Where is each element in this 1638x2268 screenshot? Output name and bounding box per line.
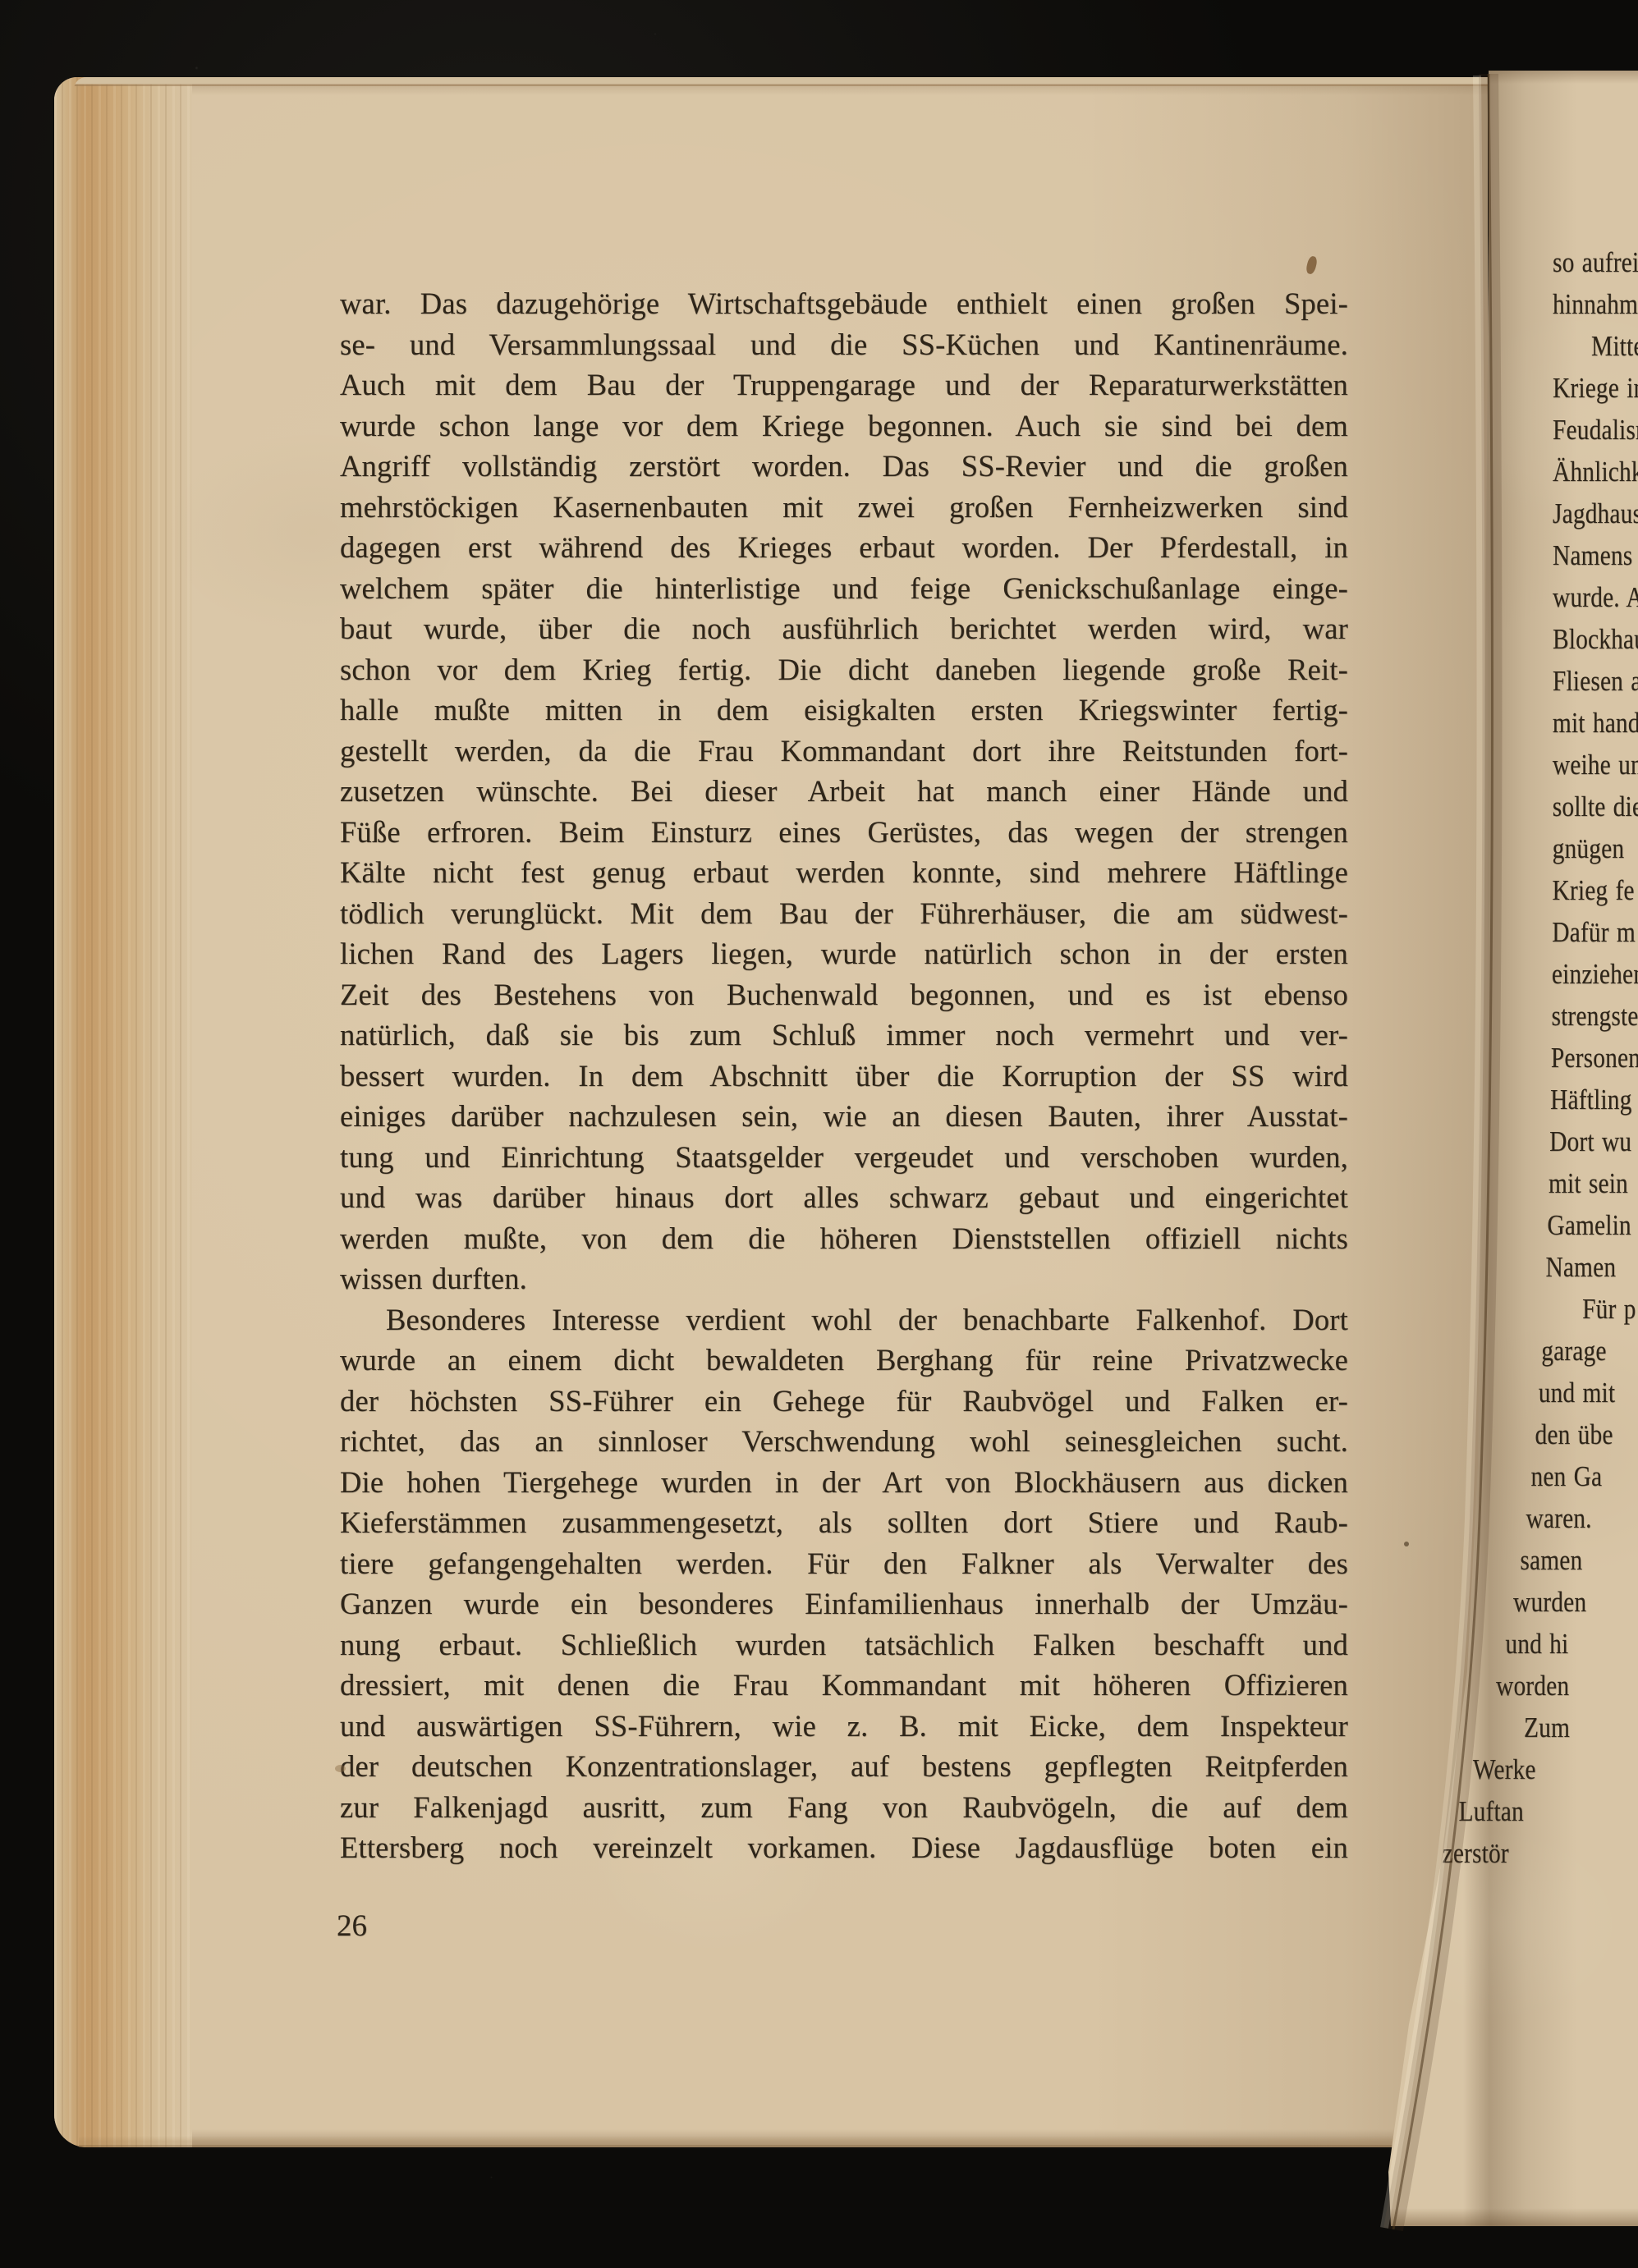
right-text-fragment: wurden: [1513, 1581, 1638, 1623]
text-line: der deutschen Konzentrationslager, auf b…: [340, 1746, 1348, 1787]
text-line: und auswärtigen SS-Führern, wie z. B. mi…: [340, 1706, 1348, 1747]
right-text-fragment: Luftan: [1459, 1790, 1638, 1832]
text-line: lichen Rand des Lagers liegen, wurde nat…: [340, 933, 1348, 974]
right-text-fragment: wurde. A: [1553, 576, 1638, 618]
text-line: mehrstöckigen Kasernenbauten mit zwei gr…: [340, 487, 1348, 528]
text-line: bessert wurden. In dem Abschnitt über di…: [340, 1056, 1348, 1097]
text-line: Füße erfroren. Beim Einsturz eines Gerüs…: [340, 812, 1348, 853]
text-line: natürlich, daß sie bis zum Schluß immer …: [340, 1015, 1348, 1056]
text-line: Ettersberg noch vereinzelt vorkamen. Die…: [340, 1827, 1348, 1868]
text-line: Kälte nicht fest genug erbaut werden kon…: [340, 852, 1348, 893]
text-line: wissen durften.: [340, 1258, 1348, 1299]
right-text-fragment: einziehen: [1552, 953, 1638, 995]
text-line: halle mußte mitten in dem eisigkalten er…: [340, 690, 1348, 731]
text-line: richtet, das an sinnloser Verschwendung …: [340, 1421, 1348, 1462]
text-line: welchem später die hinterlistige und fei…: [340, 568, 1348, 609]
text-line: tung und Einrichtung Staatsgelder vergeu…: [340, 1137, 1348, 1178]
text-line: Kieferstämmen zusammengesetzt, als sollt…: [340, 1502, 1348, 1543]
right-text-fragment: mit hand: [1553, 702, 1638, 744]
text-line: gestellt werden, da die Frau Kommandant …: [340, 731, 1348, 772]
paragraph: war. Das dazugehörige Wirtschaftsgebäude…: [340, 283, 1348, 1299]
text-line: Auch mit dem Bau der Truppengarage und d…: [340, 364, 1348, 405]
text-line: dressiert, mit denen die Frau Kommandant…: [340, 1665, 1348, 1706]
text-line: und was darüber hinaus dort alles schwar…: [340, 1177, 1348, 1218]
right-text-fragment: Fliesen a: [1553, 660, 1638, 702]
book-scan: war. Das dazugehörige Wirtschaftsgebäude…: [0, 0, 1638, 2268]
page-number: 26: [337, 1906, 367, 1946]
right-text-fragment: weihe un: [1553, 744, 1638, 786]
fore-edge-page-stack: [54, 77, 192, 2147]
text-line: tiere gefangengehalten werden. Für den F…: [340, 1543, 1348, 1584]
right-text-fragment: Gamelin: [1547, 1204, 1638, 1246]
right-text-fragment: und hi: [1505, 1623, 1638, 1665]
right-text-fragment: Ähnlichke: [1553, 451, 1638, 493]
text-line: Ganzen wurde ein besonderes Einfamilienh…: [340, 1583, 1348, 1624]
text-line: Die hohen Tiergehege wurden in der Art v…: [340, 1462, 1348, 1503]
right-text-fragment: den übe: [1535, 1413, 1638, 1455]
text-line: schon vor dem Krieg fertig. Die dicht da…: [340, 649, 1348, 690]
right-text-fragment: Dafür m: [1552, 911, 1638, 953]
text-line: wurde schon lange vor dem Kriege begonne…: [340, 405, 1348, 447]
text-line: der höchsten SS-Führer ein Gehege für Ra…: [340, 1381, 1348, 1422]
right-text-fragment: waren.: [1526, 1497, 1638, 1539]
text-line: se- und Versammlungssaal und die SS-Küch…: [340, 324, 1348, 365]
right-text-fragment: nen Ga: [1530, 1455, 1638, 1497]
right-text-fragment: garage: [1541, 1330, 1638, 1372]
bottom-page-edge: [79, 2136, 1488, 2147]
right-text-fragment: Namens: [1553, 534, 1638, 576]
text-line: Angriff vollständig zerstört worden. Das…: [340, 446, 1348, 487]
text-line: baut wurde, über die noch ausführlich be…: [340, 608, 1348, 649]
right-text-fragment: Mitten: [1553, 325, 1638, 367]
right-text-fragment: Zum: [1485, 1707, 1638, 1748]
right-text-fragment: Blockhau: [1553, 618, 1638, 660]
text-line: zusetzen wünschte. Bei dieser Arbeit hat…: [340, 771, 1348, 812]
right-text-fragment: zerstör: [1443, 1832, 1638, 1874]
text-line: dagegen erst während des Krieges erbaut …: [340, 527, 1348, 568]
right-text-fragment: gnügen: [1553, 827, 1638, 869]
right-text-fragment: mit sein: [1549, 1162, 1638, 1204]
right-page-text: so aufreizhinnahmeMittenKriege inFeudali…: [1553, 241, 1638, 1874]
right-text-fragment: hinnahme: [1553, 283, 1638, 325]
right-text-fragment: worden: [1496, 1665, 1638, 1707]
right-text-fragment: Kriege in: [1553, 367, 1638, 409]
top-page-edge: [74, 77, 1488, 89]
right-text-fragment: Krieg fe: [1553, 869, 1638, 911]
text-line: Zeit des Bestehens von Buchenwald begonn…: [340, 974, 1348, 1015]
left-page-text: war. Das dazugehörige Wirtschaftsgebäude…: [340, 283, 1348, 1868]
text-line: tödlich verunglückt. Mit dem Bau der Füh…: [340, 893, 1348, 934]
text-line: einiges darüber nachzulesen sein, wie an…: [340, 1096, 1348, 1137]
text-line: werden mußte, von dem die höheren Dienst…: [340, 1218, 1348, 1259]
right-text-fragment: Häftling: [1550, 1079, 1638, 1120]
right-text-fragment: Feudalism: [1553, 409, 1638, 451]
right-text-fragment: und mit: [1539, 1372, 1638, 1413]
paragraph: Besonderes Interesse verdient wohl der b…: [340, 1299, 1348, 1868]
right-text-fragment: Personen: [1551, 1037, 1638, 1079]
right-text-fragment: sollte die: [1553, 786, 1638, 827]
right-text-fragment: Für p: [1544, 1288, 1638, 1330]
right-text-fragment: Namen: [1545, 1246, 1638, 1288]
right-text-fragment: Werke: [1473, 1748, 1638, 1790]
left-page: war. Das dazugehörige Wirtschaftsgebäude…: [54, 77, 1488, 2147]
text-line: Besonderes Interesse verdient wohl der b…: [340, 1299, 1348, 1340]
right-text-fragment: samen: [1520, 1539, 1638, 1581]
right-text-fragment: strengste: [1551, 995, 1638, 1037]
right-text-fragment: Dort wu: [1549, 1120, 1638, 1162]
right-text-fragment: so aufreiz: [1553, 241, 1638, 283]
text-line: nung erbaut. Schließlich wurden tatsächl…: [340, 1624, 1348, 1665]
text-line: wurde an einem dicht bewaldeten Berghang…: [340, 1340, 1348, 1381]
right-text-fragment: Jagdhaus: [1553, 493, 1638, 534]
text-line: zur Falkenjagd ausritt, zum Fang von Rau…: [340, 1787, 1348, 1828]
text-line: war. Das dazugehörige Wirtschaftsgebäude…: [340, 283, 1348, 324]
